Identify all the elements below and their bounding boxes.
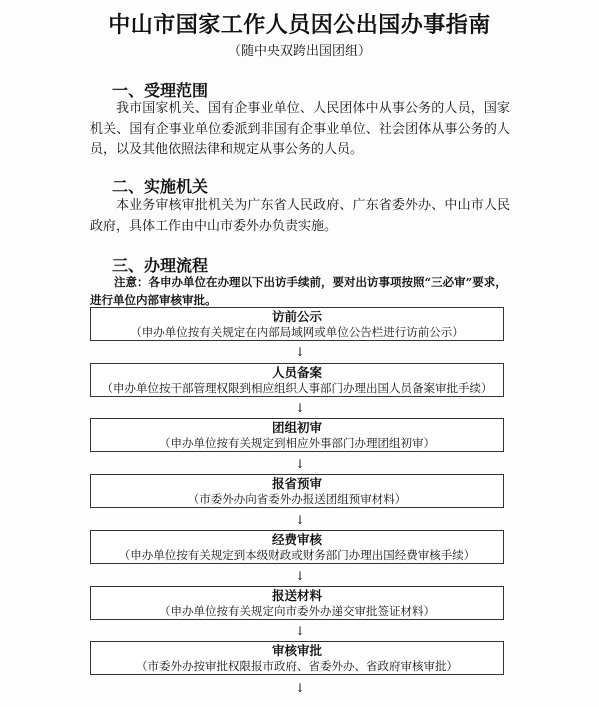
flow-step-1: 访前公示 （申办单位按有关规定在内部局域网或单位公告栏进行访前公示） (90, 307, 504, 341)
flow-step-title: 审核审批 (91, 643, 503, 659)
flow-step-title: 报送材料 (91, 588, 503, 604)
flow-step-4: 报省预审 （市委外办向省委外办报送团组预审材料） (90, 474, 504, 508)
section-heading-scope: 一、受理范围 (112, 78, 208, 101)
flow-step-desc: （申办单位按有关规定向市委外办递交审批签证材料） (91, 604, 503, 619)
flow-step-title: 访前公示 (91, 309, 503, 325)
flow-step-desc: （市委外办按审批权限报市政府、省委外办、省政府审核审批） (91, 659, 503, 674)
flow-step-7: 审核审批 （市委外办按审批权限报市政府、省委外办、省政府审核审批） (90, 641, 504, 675)
document-title: 中山市国家工作人员因公出国办事指南 (0, 8, 599, 39)
arrow-down-icon: ↓ (292, 681, 308, 695)
flow-step-5: 经费审核 （申办单位按有关规定到本级财政或财务部门办理出国经费审核手续） (90, 530, 504, 564)
flow-step-title: 报省预审 (91, 476, 503, 492)
process-note: 注意：各申办单位在办理以下出访手续前，要对出访事项按照“三必审”要求，进行单位内… (90, 273, 510, 309)
flow-step-3: 团组初审 （申办单位按有关规定到相应外事部门办理团组初审） (90, 418, 504, 452)
arrow-down-icon: ↓ (292, 457, 308, 471)
arrow-down-icon: ↓ (292, 513, 308, 527)
section-heading-agency: 二、实施机关 (112, 174, 208, 197)
arrow-down-icon: ↓ (292, 345, 308, 359)
flow-step-desc: （市委外办向省委外办报送团组预审材料） (91, 492, 503, 507)
flow-step-title: 人员备案 (91, 365, 503, 381)
flow-step-desc: （申办单位按干部管理权限到相应组织人事部门办理出国人员备案审批手续） (91, 381, 503, 396)
flow-step-desc: （申办单位按有关规定到相应外事部门办理团组初审） (91, 436, 503, 451)
flow-step-desc: （申办单位按有关规定在内部局域网或单位公告栏进行访前公示） (91, 325, 503, 340)
document-subtitle: （随中央双跨出国团组） (0, 40, 599, 59)
section-body-scope: 我市国家机关、国有企事业单位、人民团体中从事公务的人员，国家机关、国有企事业单位… (90, 99, 510, 161)
flow-step-desc: （申办单位按有关规定到本级财政或财务部门办理出国经费审核手续） (91, 548, 503, 563)
flow-step-title: 经费审核 (91, 532, 503, 548)
arrow-down-icon: ↓ (292, 569, 308, 583)
flow-step-6: 报送材料 （申办单位按有关规定向市委外办递交审批签证材料） (90, 586, 504, 620)
arrow-down-icon: ↓ (292, 401, 308, 415)
flow-step-title: 团组初审 (91, 420, 503, 436)
flow-step-2: 人员备案 （申办单位按干部管理权限到相应组织人事部门办理出国人员备案审批手续） (90, 363, 504, 397)
section-body-agency: 本业务审核审批机关为广东省人民政府、广东省委外办、中山市人民政府，具体工作由中山… (90, 196, 510, 237)
arrow-down-icon: ↓ (292, 624, 308, 638)
